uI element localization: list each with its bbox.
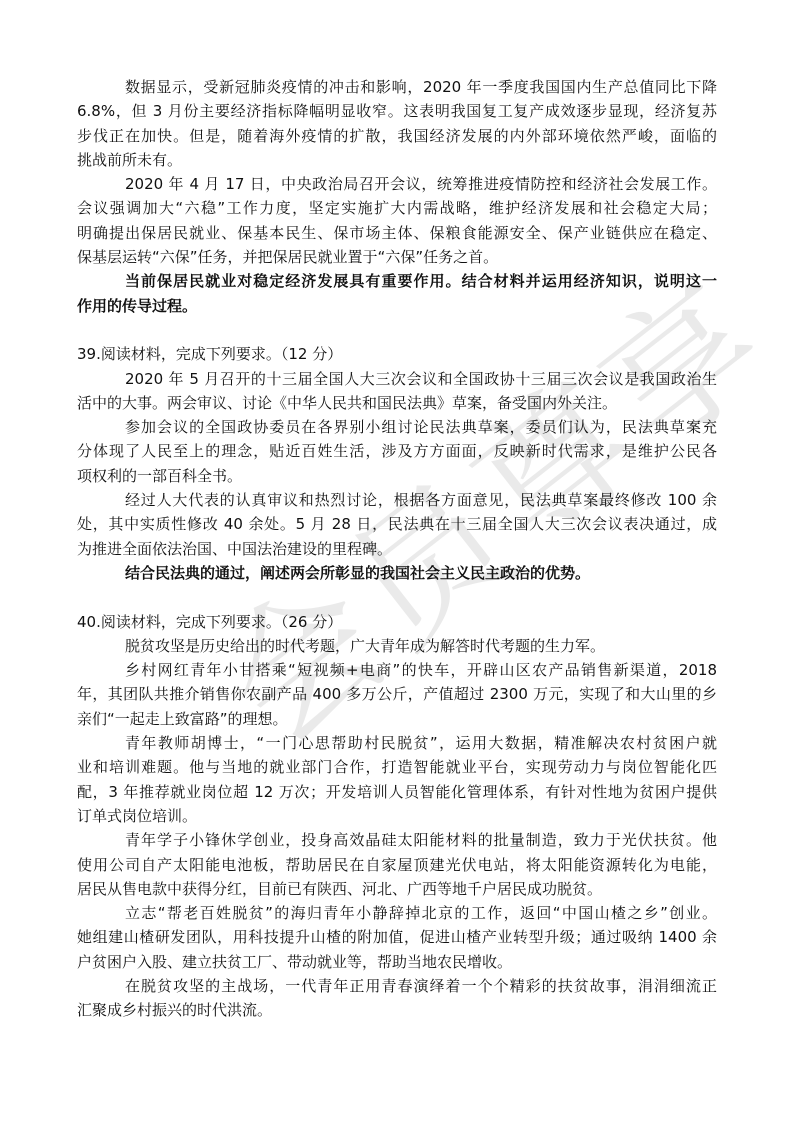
document-body: 数据显示，受新冠肺炎疫情的冲击和影响，2020 年一季度我国国内生产总值同比下降… [77, 75, 717, 1023]
text-line: 订单式岗位培训。 [77, 804, 717, 828]
text-line: 6.8%，但 3 月份主要经济指标降幅明显收窄。这表明我国复工复产成效逐步显现，… [77, 99, 717, 123]
document-page: 会员尊享 数据显示，受新冠肺炎疫情的冲击和影响，2020 年一季度我国国内生产总… [0, 0, 793, 1122]
text-line: 2020 年 5 月召开的十三届全国人大三次会议和全国政协十三届三次会议是我国政… [77, 367, 717, 391]
question-line: 当前保居民就业对稳定经济发展具有重要作用。结合材料并运用经济知识，说明这一 [77, 269, 717, 293]
question-line: 作用的传导过程。 [77, 294, 717, 318]
text-line: 分体现了人民至上的理念，贴近百姓生活，涉及方方面面，反映新时代需求，是维护公民各 [77, 439, 717, 463]
q39-paragraph-2: 参加会议的全国政协委员在各界别小组讨论民法典草案，委员们认为，民法典草案充 分体… [77, 415, 717, 488]
text-line: 青年学子小锋休学创业，投身高效晶硅太阳能材料的批量制造，致力于光伏扶贫。他 [77, 828, 717, 852]
q39-paragraph-3: 经过人大代表的认真审议和热烈讨论，根据各方面意见，民法典草案最终修改 100 余… [77, 488, 717, 561]
text-line: 经过人大代表的认真审议和热烈讨论，根据各方面意见，民法典草案最终修改 100 余 [77, 488, 717, 512]
text-line: 居民从售电款中获得分红，目前已有陕西、河北、广西等地千户居民成功脱贫。 [77, 877, 717, 901]
text-line: 年，其团队共推介销售你农副产品 400 多万公斤，产值超过 2300 万元，实现… [77, 682, 717, 706]
text-line: 使用公司自产太阳能电池板，帮助居民在自家屋顶建光伏电站，将太阳能资源转化为电能， [77, 853, 717, 877]
question-39: 39.阅读材料，完成下列要求。（12 分） 2020 年 5 月召开的十三届全国… [77, 342, 717, 585]
text-line: 配，3 年推荐就业岗位超 12 万次；开发培训人员智能化管理体系，有针对性地为贫… [77, 780, 717, 804]
text-line: 汇聚成乡村振兴的时代洪流。 [77, 998, 717, 1022]
question-line: 结合民法典的通过，阐述两会所彰显的我国社会主义民主政治的优势。 [77, 561, 717, 585]
text-line: 数据显示，受新冠肺炎疫情的冲击和影响，2020 年一季度我国国内生产总值同比下降 [77, 75, 717, 99]
text-line: 步伐正在加快。但是，随着海外疫情的扩散，我国经济发展的内外部环境依然严峻，面临的 [77, 124, 717, 148]
text-line: 保基层运转“六保”任务，并把保居民就业置于“六保”任务之首。 [77, 245, 717, 269]
q40-paragraph-4: 青年学子小锋休学创业，投身高效晶硅太阳能材料的批量制造，致力于光伏扶贫。他 使用… [77, 828, 717, 901]
question-heading: 39.阅读材料，完成下列要求。（12 分） [77, 342, 717, 366]
text-line: 参加会议的全国政协委员在各界别小组讨论民法典草案，委员们认为，民法典草案充 [77, 415, 717, 439]
text-line: 脱贫攻坚是历史给出的时代考题，广大青年成为解答时代考题的生力军。 [77, 634, 717, 658]
intro-question: 当前保居民就业对稳定经济发展具有重要作用。结合材料并运用经济知识，说明这一 作用… [77, 269, 717, 318]
text-line: 亲们“一起走上致富路”的理想。 [77, 707, 717, 731]
text-line: 户贫困户入股、建立扶贫工厂、带动就业等，帮助当地农民增收。 [77, 950, 717, 974]
q40-paragraph-2: 乡村网红青年小甘搭乘“短视频+电商”的快车，开辟山区农产品销售新渠道，2018 … [77, 658, 717, 731]
text-line: 为推进全面依法治国、中国法治建设的里程碑。 [77, 537, 717, 561]
text-line: 挑战前所未有。 [77, 148, 717, 172]
text-line: 活中的大事。两会审议、讨论《中华人民共和国民法典》草案，备受国内外关注。 [77, 391, 717, 415]
q40-paragraph-5: 立志“帮老百姓脱贫”的海归青年小静辞掉北京的工作，返回“中国山楂之乡”创业。 她… [77, 901, 717, 974]
q39-question: 结合民法典的通过，阐述两会所彰显的我国社会主义民主政治的优势。 [77, 561, 717, 585]
intro-paragraph-1: 数据显示，受新冠肺炎疫情的冲击和影响，2020 年一季度我国国内生产总值同比下降… [77, 75, 717, 172]
text-line: 处，其中实质性修改 40 余处。5 月 28 日，民法典在十三届全国人大三次会议… [77, 512, 717, 536]
q40-paragraph-6: 在脱贫攻坚的主战场，一代青年正用青春演绎着一个个精彩的扶贫故事，涓涓细流正 汇聚… [77, 974, 717, 1023]
blank-line [77, 585, 717, 609]
q40-paragraph-3: 青年教师胡博士，“一门心思帮助村民脱贫”，运用大数据，精准解决农村贫困户就 业和… [77, 731, 717, 828]
text-line: 在脱贫攻坚的主战场，一代青年正用青春演绎着一个个精彩的扶贫故事，涓涓细流正 [77, 974, 717, 998]
text-line: 青年教师胡博士，“一门心思帮助村民脱贫”，运用大数据，精准解决农村贫困户就 [77, 731, 717, 755]
intro-paragraph-2: 2020 年 4 月 17 日，中央政治局召开会议，统筹推进疫情防控和经济社会发… [77, 172, 717, 269]
q39-paragraph-1: 2020 年 5 月召开的十三届全国人大三次会议和全国政协十三届三次会议是我国政… [77, 367, 717, 416]
q40-paragraph-1: 脱贫攻坚是历史给出的时代考题，广大青年成为解答时代考题的生力军。 [77, 634, 717, 658]
text-line: 会议强调加大“六稳”工作力度，坚定实施扩大内需战略，维护经济发展和社会稳定大局； [77, 196, 717, 220]
blank-line [77, 318, 717, 342]
text-line: 明确提出保居民就业、保基本民生、保市场主体、保粮食能源安全、保产业链供应在稳定、 [77, 221, 717, 245]
text-line: 乡村网红青年小甘搭乘“短视频+电商”的快车，开辟山区农产品销售新渠道，2018 [77, 658, 717, 682]
question-heading: 40.阅读材料，完成下列要求。（26 分） [77, 610, 717, 634]
text-line: 项权利的一部百科全书。 [77, 464, 717, 488]
text-line: 她组建山楂研发团队，用科技提升山楂的附加值，促进山楂产业转型升级；通过吸纳 14… [77, 925, 717, 949]
text-line: 立志“帮老百姓脱贫”的海归青年小静辞掉北京的工作，返回“中国山楂之乡”创业。 [77, 901, 717, 925]
text-line: 2020 年 4 月 17 日，中央政治局召开会议，统筹推进疫情防控和经济社会发… [77, 172, 717, 196]
question-40: 40.阅读材料，完成下列要求。（26 分） 脱贫攻坚是历史给出的时代考题，广大青… [77, 610, 717, 1023]
text-line: 业和培训难题。他与当地的就业部门合作，打造智能就业平台，实现劳动力与岗位智能化匹 [77, 755, 717, 779]
